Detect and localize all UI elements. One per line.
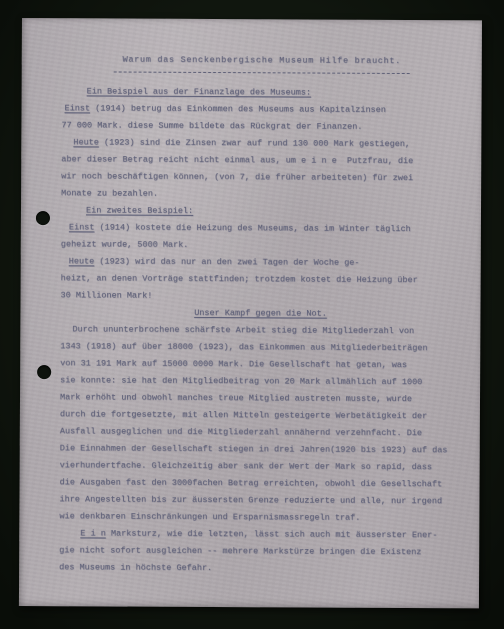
document-line: Die Einnahmen der Gesellschaft stiegen i… <box>60 440 460 459</box>
text-segment: (1914) kostete die Heizung des Museums, … <box>94 222 410 234</box>
document-line: Unser Kampf gegen die Not. <box>60 304 460 323</box>
document-line: des Museums in höchste Gefahr. <box>59 559 459 578</box>
text-segment: des Museums in höchste Gefahr. <box>59 562 212 573</box>
document-line: 77 000 Mark. diese Summe bildete das Rüc… <box>61 117 461 136</box>
document-line: E i n Marksturz, wie die letzten, lässt … <box>59 525 459 544</box>
document-page: Warum das Senckenbergische Museum Hilfe … <box>19 18 482 608</box>
text-segment: durch die fortgesetzte, mit allen Mittel… <box>60 409 427 421</box>
document-line: Ausfall ausgeglichen und die Mitgliederz… <box>60 423 460 442</box>
text-segment: wir noch beschäftigen können, (von 7, di… <box>61 171 413 183</box>
document-line: 30 Millionen Mark! <box>61 287 461 306</box>
document-line: durch die fortgesetzte, mit allen Mittel… <box>60 406 460 425</box>
document-line: Monate zu bezahlen. <box>61 185 461 204</box>
underlined-text-segment: Heute <box>69 256 95 266</box>
document-line: ihre Angestellten bis zur äussersten Gre… <box>59 491 459 510</box>
document-content: Warum das Senckenbergische Museum Hilfe … <box>19 18 482 608</box>
text-segment: aber dieser Betrag reicht nicht einmal a… <box>61 154 413 166</box>
underlined-text-segment: Heute <box>73 137 99 147</box>
text-segment: vierhundertfache. Gleichzeitig aber sank… <box>60 460 432 472</box>
document-line: von 31 191 Mark auf 15000 0000 Mark. Die… <box>60 355 460 374</box>
underlined-text-segment: Unser Kampf gegen die Not. <box>194 308 327 319</box>
text-segment: Die Einnahmen der Gesellschaft stiegen i… <box>60 443 448 455</box>
text-segment: 30 Millionen Mark! <box>61 290 153 300</box>
text-segment: (1914) betrug das Einkommen des Museums … <box>90 103 386 115</box>
text-segment: von 31 191 Mark auf 15000 0000 Mark. Die… <box>60 358 407 370</box>
text-segment: gie nicht sofort ausgleichen -- mehrere … <box>59 545 421 557</box>
text-segment: 1343 (1918) auf über 18000 (1923), das E… <box>60 341 427 353</box>
underlined-text-segment: Einst <box>65 103 91 113</box>
document-line: Heute (1923) wird das nur an den zwei Ta… <box>61 253 461 272</box>
document-line: Ein Beispiel aus der Finanzlage des Muse… <box>62 83 462 102</box>
document-line: heizt, an denen Vorträge stattfinden; tr… <box>61 270 461 289</box>
text-segment: ihre Angestellten bis zur äussersten Gre… <box>59 494 442 506</box>
document-line: 1343 (1918) auf über 18000 (1923), das E… <box>60 338 460 357</box>
text-segment: die Ausgaben fast den 3000fachen Betrag … <box>60 477 443 489</box>
underlined-text-segment: E i n <box>80 528 106 538</box>
text-segment: geheizt wurde, 5000 Mark. <box>61 239 189 250</box>
document-title-block: Warum das Senckenbergische Museum Hilfe … <box>62 53 462 74</box>
text-segment: Marksturz, wie die letzten, lässt sich a… <box>106 528 438 540</box>
text-segment: heizt, an denen Vorträge stattfinden; tr… <box>61 273 418 285</box>
underlined-text-segment: Einst <box>69 222 95 232</box>
document-line: Mark erhöht und obwohl manches treue Mit… <box>60 389 460 408</box>
document-line: geheizt wurde, 5000 Mark. <box>61 236 461 255</box>
document-line: gie nicht sofort ausgleichen -- mehrere … <box>59 542 459 561</box>
document-title: Warum das Senckenbergische Museum Hilfe … <box>62 53 462 68</box>
underlined-text-segment: Ein zweites Beispiel: <box>86 205 193 216</box>
text-segment: wie denkbaren Einschränkungen und Erspar… <box>59 511 360 523</box>
text-segment: Mark erhöht und obwohl manches treue Mit… <box>60 392 412 404</box>
text-segment: Durch ununterbrochene schärfste Arbeit s… <box>72 324 414 336</box>
document-line: wir noch beschäftigen können, (von 7, di… <box>61 168 461 187</box>
text-segment: Ausfall ausgeglichen und die Mitgliederz… <box>60 426 422 438</box>
document-line: vierhundertfache. Gleichzeitig aber sank… <box>60 457 460 476</box>
document-body: Ein Beispiel aus der Finanzlage des Muse… <box>59 83 462 578</box>
document-line: die Ausgaben fast den 3000fachen Betrag … <box>60 474 460 493</box>
document-line: Ein zweites Beispiel: <box>61 202 461 221</box>
document-line: Heute (1923) sind die Zinsen zwar auf ru… <box>61 134 461 153</box>
underlined-text-segment: Ein Beispiel aus der Finanzlage des Muse… <box>87 86 311 97</box>
document-line: Durch ununterbrochene schärfste Arbeit s… <box>60 321 460 340</box>
document-line: sie konnte: sie hat den Mitgliedbeitrag … <box>60 372 460 391</box>
document-line: Einst (1914) kostete die Heizung des Mus… <box>61 219 461 238</box>
title-underline-dashes <box>114 68 410 74</box>
text-segment: 77 000 Mark. diese Summe bildete das Rüc… <box>61 120 362 132</box>
document-line: Einst (1914) betrug das Einkommen des Mu… <box>61 100 461 119</box>
document-line: aber dieser Betrag reicht nicht einmal a… <box>61 151 461 170</box>
document-line: wie denkbaren Einschränkungen und Erspar… <box>59 508 459 527</box>
text-segment: Monate zu bezahlen. <box>61 188 158 199</box>
text-segment: (1923) sind die Zinsen zwar auf rund 130… <box>99 137 410 149</box>
text-segment: sie konnte: sie hat den Mitgliedbeitrag … <box>60 375 422 387</box>
text-segment: (1923) wird das nur an den zwei Tagen de… <box>94 256 359 267</box>
